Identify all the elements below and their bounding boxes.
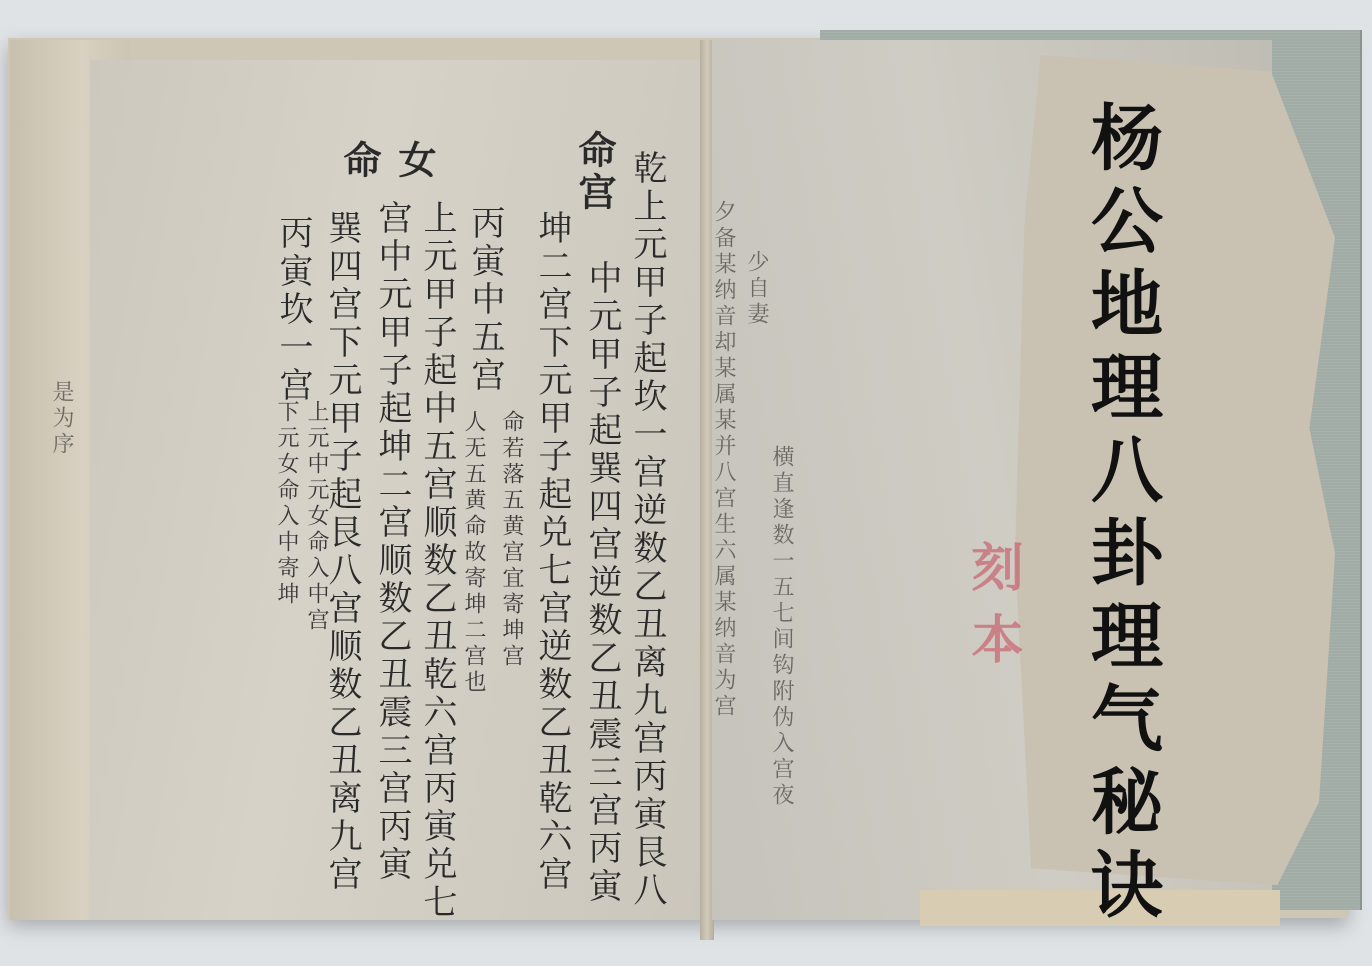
text-column: 丙寅坎一宫 bbox=[276, 215, 310, 405]
text-column: 丙寅中五宫 bbox=[468, 205, 502, 395]
text-column: 乾上元甲子起坎一宫逆数乙丑离九宫丙寅艮八 bbox=[630, 150, 664, 910]
torn-title-label bbox=[1015, 55, 1335, 885]
text-column: 上元甲子起中五宫顺数乙丑乾六宫丙寅兑七 bbox=[420, 200, 454, 922]
text-note: 上元中元女命入中宫 bbox=[305, 400, 327, 634]
text-column: 横直逢数一五七间钩附伪入宫夜 bbox=[770, 445, 792, 809]
text-column: 中元甲子起巽四宫逆数乙丑震三宫丙寅 bbox=[585, 260, 619, 906]
margin-note: 是为序 bbox=[50, 380, 72, 458]
text-note: 下元女命入中寄坤 bbox=[275, 400, 297, 608]
manuscript-photo: 是为序 乾上元甲子起坎一宫逆数乙丑离九宫丙寅艮八 命宫 中元甲子起巽四宫逆数乙丑… bbox=[0, 0, 1372, 966]
text-heading: 女 bbox=[395, 140, 433, 182]
text-column: 宫中元甲子起坤二宫顺数乙丑震三宫丙寅 bbox=[375, 200, 409, 884]
text-heading: 命 bbox=[340, 140, 378, 182]
text-column: 坤二宫下元甲子起兑七宫逆数乙丑乾六宫 bbox=[535, 210, 569, 894]
red-seal-stamp: 刻本 bbox=[955, 540, 1030, 684]
text-column: 巽四宫下元甲子起艮八宫顺数乙丑离九宫 bbox=[325, 210, 359, 894]
text-heading: 命宫 bbox=[575, 130, 613, 214]
text-column: 少自妻 bbox=[745, 250, 767, 328]
text-note: 命若落五黄宫宜寄坤宫 bbox=[500, 410, 522, 670]
text-column: 夕备某纳音却某属某并八宫生六属某纳音为宫 bbox=[712, 200, 734, 720]
title-overlay: 杨公地理八卦理气秘诀 bbox=[1085, 100, 1157, 930]
text-note: 人无五黄命故寄坤二宫也 bbox=[462, 410, 484, 696]
